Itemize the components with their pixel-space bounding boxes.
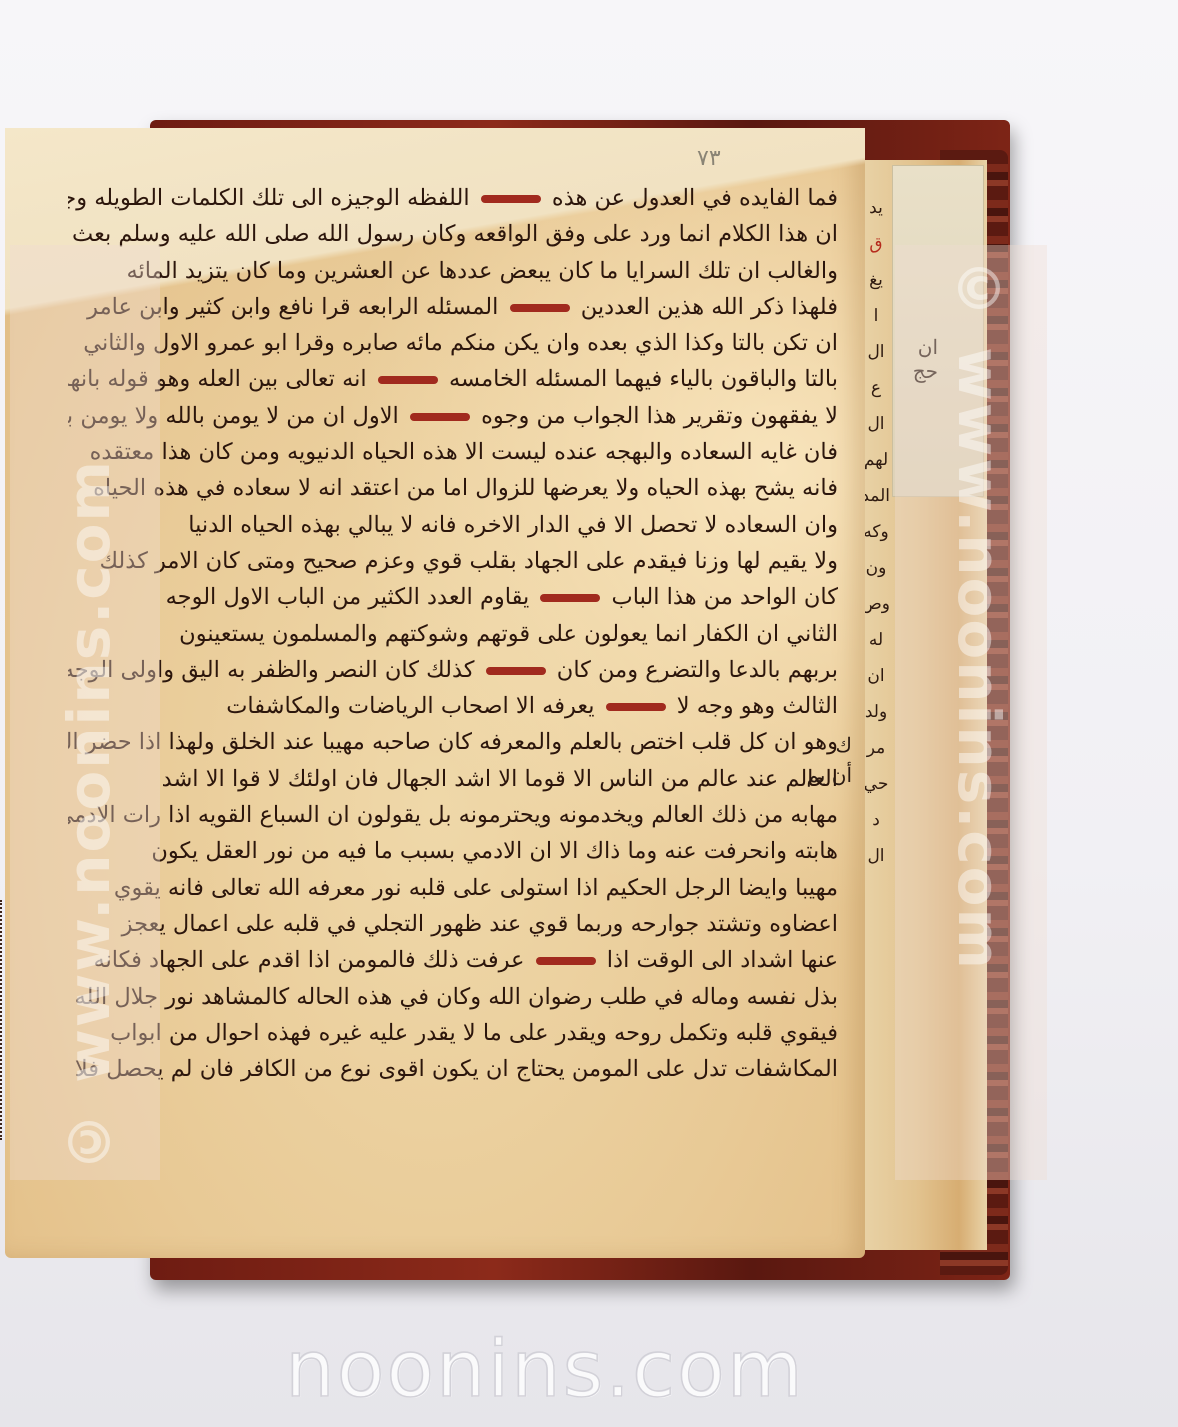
page-edge-marks xyxy=(0,900,8,1140)
rubric-overline xyxy=(378,376,438,384)
folio-number: ٧٣ xyxy=(697,146,721,171)
manuscript-line: عنها اشداد الى الوقت اذا عرفت ذلك فالموم… xyxy=(68,942,838,978)
underlying-line: مر xyxy=(862,730,890,766)
underlying-line: لهم xyxy=(862,442,890,478)
manuscript-line: فما الفايده في العدول عن هذه اللفظه الوج… xyxy=(68,180,838,216)
rubric-overline xyxy=(540,594,600,602)
underlying-line: وكه xyxy=(862,514,890,550)
manuscript-line: بربهم بالدعا والتضرع ومن كان كذلك كان ال… xyxy=(68,652,838,688)
underlying-line: يد xyxy=(862,190,890,226)
underlying-line: ال xyxy=(862,406,890,442)
underlying-page-text: يدقيغاالعاللهمالمدوكهونوصلهانولدمرحيدال xyxy=(862,190,890,990)
underlying-line: وص xyxy=(862,586,890,622)
margin-note-top: ك xyxy=(802,730,852,760)
manuscript-line: وان السعاده لا تحصل الا في الدار الاخره … xyxy=(68,507,838,543)
rubric-overline xyxy=(606,703,666,711)
rubric-overline xyxy=(536,957,596,965)
manuscript-line: ولا يقيم لها وزنا فيقدم على الجهاد بقلب … xyxy=(68,543,838,579)
underlying-line: ال xyxy=(862,334,890,370)
manuscript-line: وهو ان كل قلب اختص بالعلم والمعرفه كان ص… xyxy=(68,724,838,760)
manuscript-line: ان هذا الكلام انما ورد على وفق الواقعه و… xyxy=(68,216,838,252)
underlying-line: د xyxy=(862,802,890,838)
underlying-line: ون xyxy=(862,550,890,586)
manuscript-line: الثالث وهو وجه لا يعرفه الا اصحاب الرياض… xyxy=(68,688,838,724)
manuscript-line: هابته وانحرفت عنه وما ذاك الا ان الادمي … xyxy=(68,833,838,869)
manuscript-line: المكاشفات تدل على المومن يحتاج ان يكون ا… xyxy=(68,1051,838,1087)
manuscript-line: مهيبا وايضا الرجل الحكيم اذا استولى على … xyxy=(68,870,838,906)
underlying-line: ا xyxy=(862,298,890,334)
margin-note: ك أن يم xyxy=(802,730,852,790)
rubric-overline xyxy=(481,195,541,203)
underlying-line: له xyxy=(862,622,890,658)
rubric-overline xyxy=(486,667,546,675)
manuscript-text-block: فما الفايده في العدول عن هذه اللفظه الوج… xyxy=(68,180,838,1087)
manuscript-line: والغالب ان تلك السرايا ما كان يبعض عددها… xyxy=(68,253,838,289)
watermark-vertical-left: © www.noonins.com xyxy=(55,255,123,1175)
manuscript-line: فان غايه السعاده والبهجه عنده ليست الا ه… xyxy=(68,434,838,470)
watermark-vertical-right: © www.noonins.com xyxy=(945,255,1013,1175)
underlying-line: ولد xyxy=(862,694,890,730)
manuscript-line: فلهذا ذكر الله هذين العددين المسئله الرا… xyxy=(68,289,838,325)
underlying-line: ان xyxy=(862,658,890,694)
manuscript-line: العالم عند عالم من الناس الا قوما الا اش… xyxy=(68,761,838,797)
manuscript-line: ان تكن بالتا وكذا الذي بعده وان يكن منكم… xyxy=(68,325,838,361)
manuscript-line: مهابه من ذلك العالم ويخدمونه ويحترمونه ب… xyxy=(68,797,838,833)
manuscript-line: لا يفقهون وتقرير هذا الجواب من وجوه الاو… xyxy=(68,398,838,434)
manuscript-line: بالتا والباقون بالياء فيهما المسئله الخا… xyxy=(68,361,838,397)
manuscript-line: فانه يشح بهذه الحياه ولا يعرضها للزوال ا… xyxy=(68,470,838,506)
manuscript-line: كان الواحد من هذا الباب يقاوم العدد الكث… xyxy=(68,579,838,615)
rubric-overline xyxy=(410,413,470,421)
manuscript-line: الثاني ان الكفار انما يعولون على قوتهم و… xyxy=(68,616,838,652)
margin-note-main: أن يم xyxy=(802,760,852,790)
underlying-line: ع xyxy=(862,370,890,406)
rubric-overline xyxy=(510,304,570,312)
manuscript-line: فيقوي قلبه وتكمل روحه ويقدر على ما لا يق… xyxy=(68,1015,838,1051)
underlying-line: المد xyxy=(862,478,890,514)
underlying-line: حي xyxy=(862,766,890,802)
manuscript-line: اعضاوه وتشتد جوارحه وربما قوي عند ظهور ا… xyxy=(68,906,838,942)
manuscript-line: بذل نفسه وماله في طلب رضوان الله وكان في… xyxy=(68,979,838,1015)
underlying-line: يغ xyxy=(862,262,890,298)
underlying-line: ق xyxy=(862,226,890,262)
underlying-line: ال xyxy=(862,838,890,874)
watermark-bottom: noonins.com xyxy=(235,1325,855,1415)
